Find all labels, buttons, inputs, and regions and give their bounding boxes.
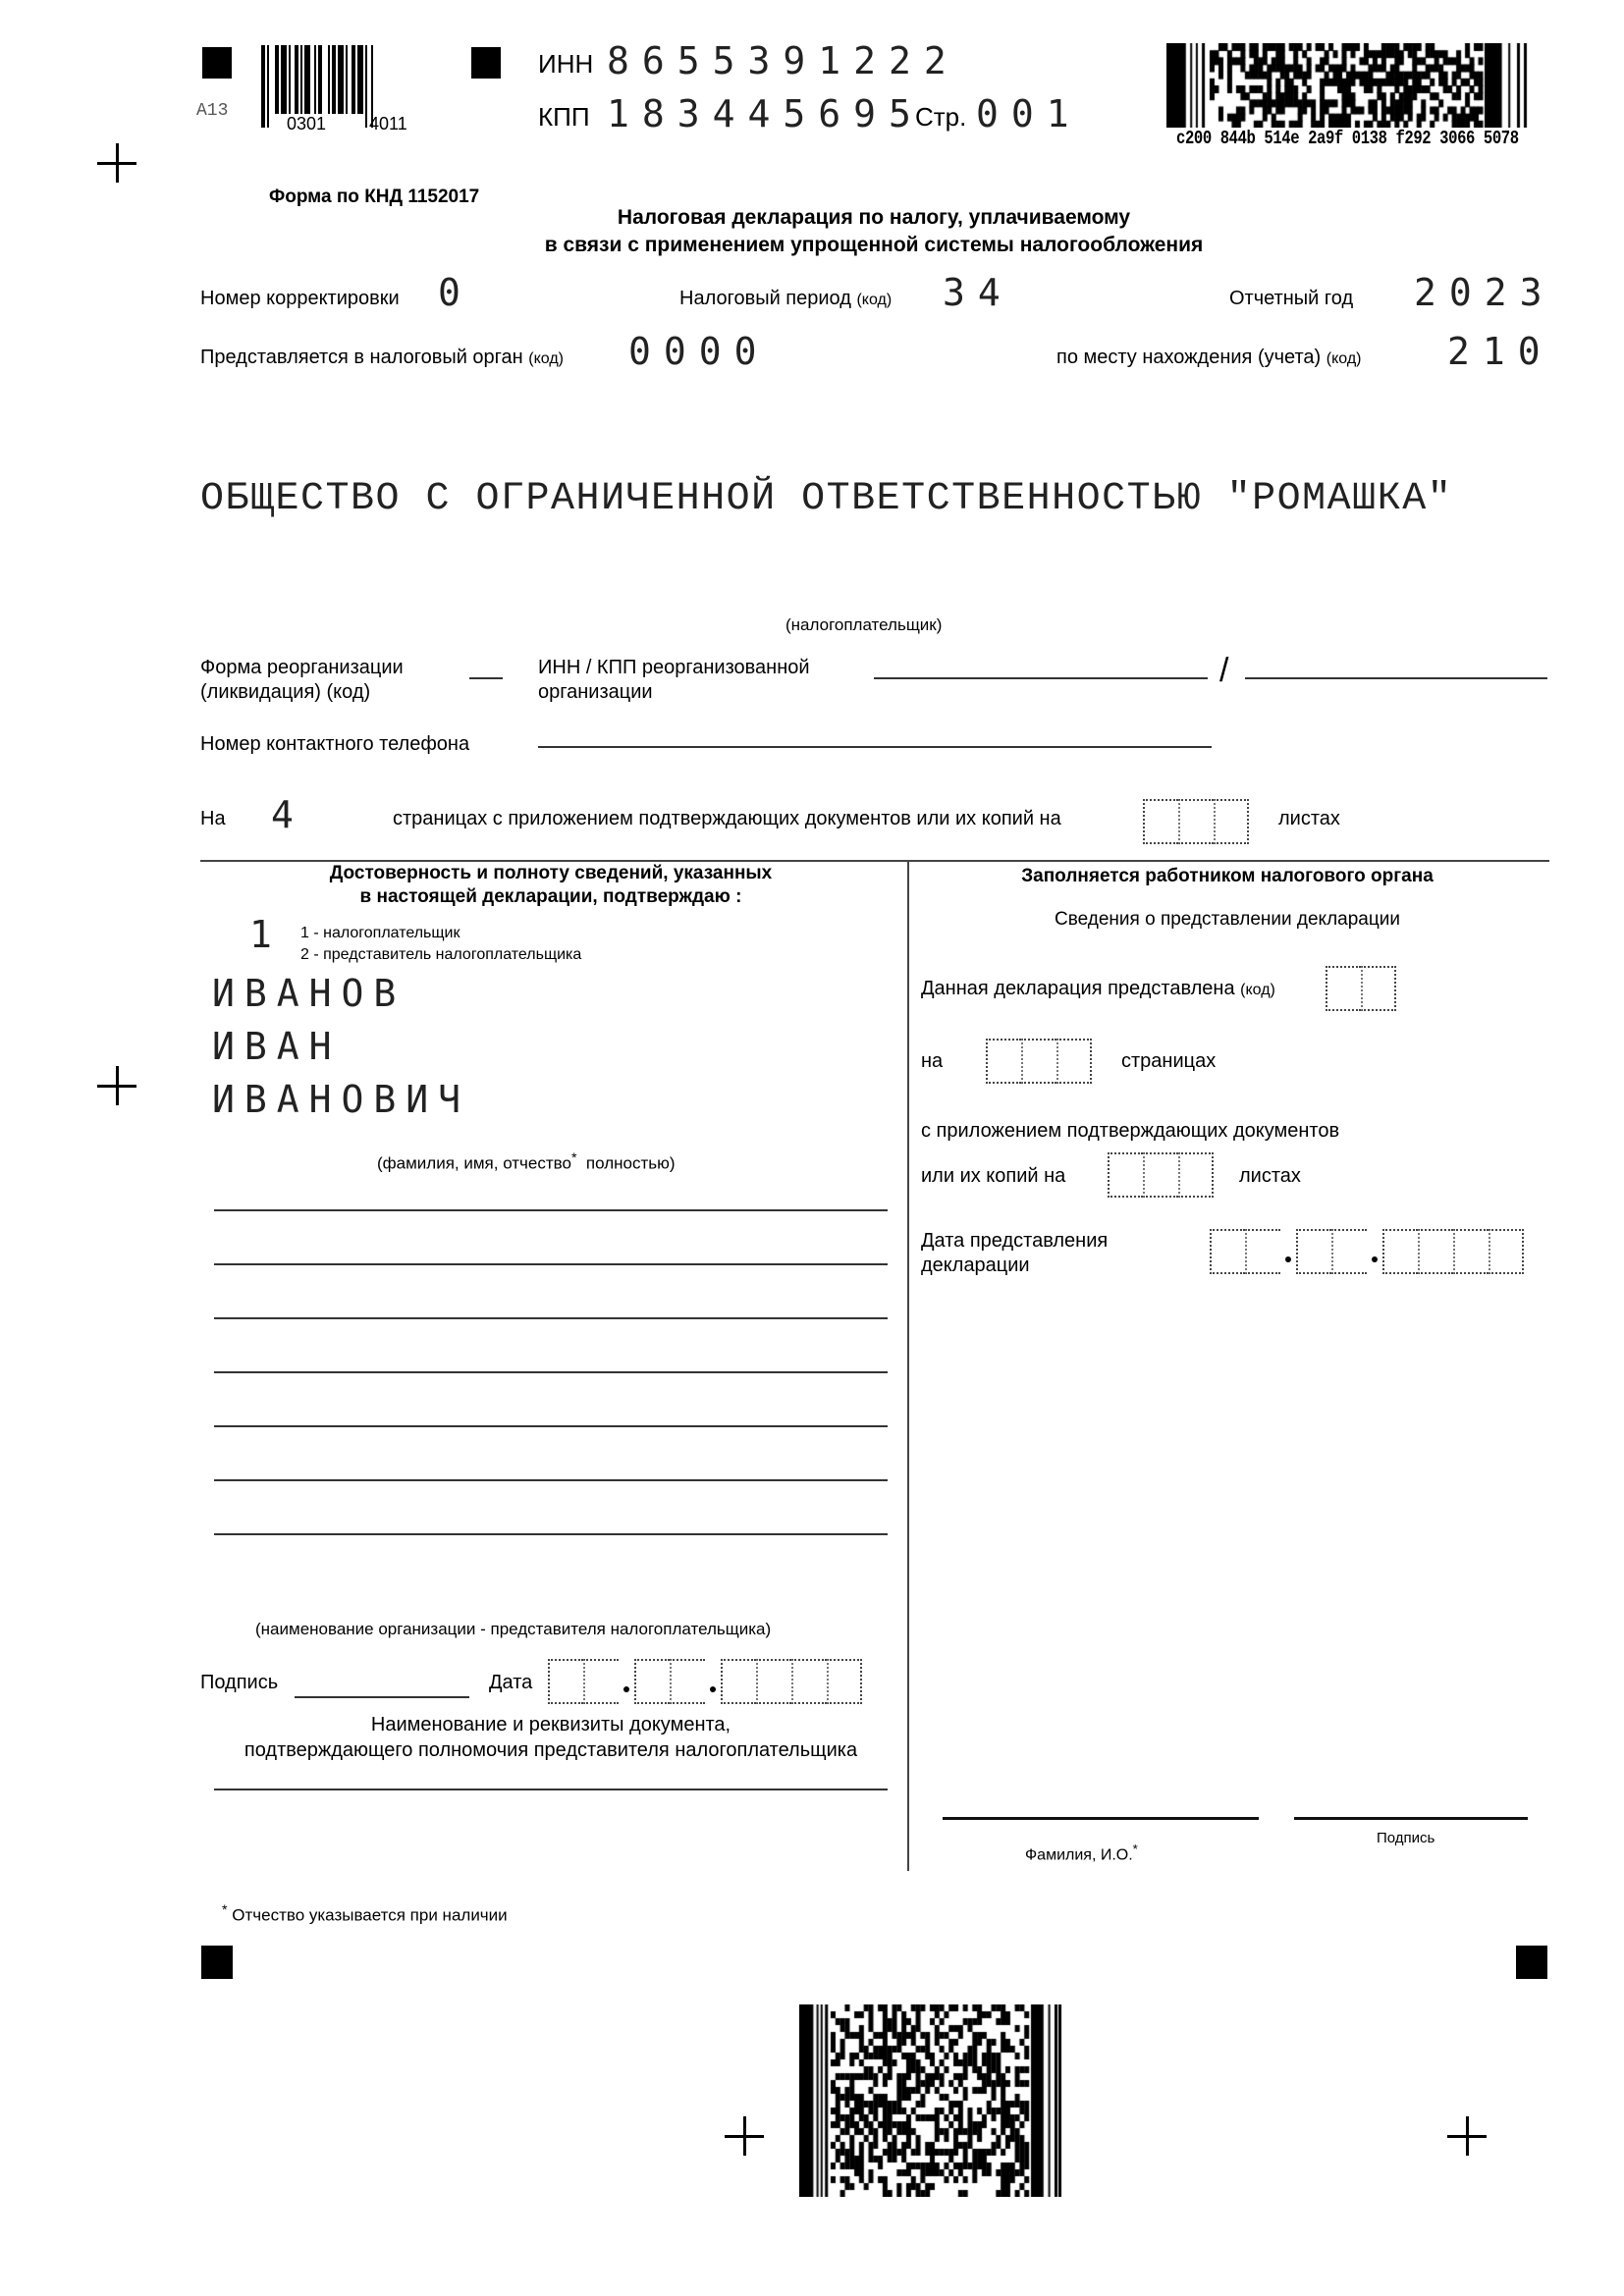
submitted-code-hint: (код) [1240, 982, 1275, 998]
pages-prefix: На [200, 808, 226, 830]
representative-org-name-line[interactable] [214, 1209, 888, 1211]
reorg-inn-kpp-label-line2: организации [538, 680, 810, 705]
confirm-title-line2: в настоящей декларации, подтверждаю : [200, 885, 901, 909]
authority-code-hint: (код) [528, 350, 564, 367]
authority-label: Представляется в налоговый орган (код) [200, 347, 564, 369]
footnote-text: Отчество указывается при наличии [232, 1906, 507, 1925]
taxpayer-caption: (налогоплательщик) [785, 615, 942, 635]
date-label: Дата [489, 1672, 532, 1694]
officer-signature-caption: Подпись [1377, 1830, 1435, 1846]
sheets-suffix-right: листах [1239, 1165, 1301, 1188]
location-label: по месту нахождения (учета) (код) [1056, 347, 1361, 369]
footnote-star: * [222, 1902, 228, 1918]
submitted-pages-box[interactable] [986, 1039, 1092, 1084]
reorg-inn-kpp-label: ИНН / КПП реорганизованной организации [538, 656, 810, 705]
barcode-hash-caption: c200 844b 514e 2a9f 0138 f292 3066 5078 [1176, 128, 1519, 149]
submission-date-label-line2: декларации [921, 1254, 1108, 1278]
submission-date-label: Дата представления декларации [921, 1229, 1108, 1278]
reorg-inn-kpp-label-line1: ИНН / КПП реорганизованной [538, 656, 810, 680]
authority-label-text: Представляется в налоговый орган [200, 347, 523, 368]
attachments-line1: с приложением подтверждающих документов [921, 1120, 1339, 1143]
location-code-hint: (код) [1326, 350, 1362, 367]
last-name[interactable]: ИВАНОВ [212, 972, 406, 1015]
signer-option-2: 2 - представитель налогоплательщика [300, 944, 581, 966]
submitted-sheets-box[interactable] [1108, 1152, 1214, 1198]
authority-doc-field[interactable] [214, 1789, 888, 1790]
tax-office-title: Заполняется работником налогового органа [913, 866, 1542, 887]
linear-barcode [261, 45, 375, 114]
sign-date-field[interactable] [548, 1659, 862, 1704]
signer-option-1: 1 - налогоплательщик [300, 923, 581, 944]
tax-office-subtitle: Сведения о представлении декларации [913, 909, 1542, 931]
pages-count[interactable]: 4 [271, 793, 306, 836]
first-name[interactable]: ИВАН [212, 1025, 342, 1068]
phone-field[interactable] [538, 746, 1212, 748]
registration-cross [1447, 2116, 1487, 2156]
barcode-number-1: 0301 [287, 114, 326, 134]
barcode-caption: A13 [196, 101, 228, 121]
pages-suffix: листах [1278, 808, 1340, 830]
period-label: Налоговый период (код) [679, 288, 892, 310]
year-value[interactable]: 2023 [1414, 271, 1555, 314]
signer-options: 1 - налогоплательщик 2 - представитель н… [300, 923, 581, 966]
period-code-hint: (код) [856, 292, 892, 308]
location-value[interactable]: 210 [1447, 330, 1553, 373]
reorg-inn-field[interactable] [874, 677, 1208, 679]
inn-label: ИНН [538, 49, 593, 80]
fio-caption: (фамилия, имя, отчество* полностью) [377, 1150, 676, 1174]
officer-signature-field[interactable] [1294, 1817, 1528, 1820]
submitted-code-box[interactable] [1326, 966, 1396, 1011]
officer-name-field[interactable] [943, 1817, 1259, 1820]
period-value[interactable]: 34 [943, 271, 1013, 314]
reorg-kpp-field[interactable] [1245, 677, 1547, 679]
org-caption: (наименование организации - представител… [255, 1620, 771, 1639]
reorg-form-code-field[interactable] [469, 677, 503, 679]
authority-doc-caption-line1: Наименование и реквизиты документа, [200, 1712, 901, 1737]
reorg-form-label-line1: Форма реорганизации [200, 656, 404, 680]
footnote: * Отчество указывается при наличии [222, 1902, 508, 1926]
officer-name-caption-star: * [1133, 1842, 1138, 1856]
representative-org-name-line[interactable] [214, 1533, 888, 1535]
reorg-form-label: Форма реорганизации (ликвидация) (код) [200, 656, 404, 705]
phone-label: Номер контактного телефона [200, 733, 469, 756]
location-label-text: по месту нахождения (учета) [1056, 347, 1321, 368]
fio-caption-end: полностью) [586, 1154, 676, 1173]
column-divider [907, 860, 909, 1871]
officer-name-caption: Фамилия, И.О.* [1025, 1842, 1138, 1864]
patronymic[interactable]: ИВАНОВИЧ [212, 1078, 470, 1121]
confirm-title: Достоверность и полноту сведений, указан… [200, 862, 901, 909]
representative-org-name-line[interactable] [214, 1263, 888, 1265]
officer-name-caption-text: Фамилия, И.О. [1025, 1846, 1133, 1863]
representative-org-name-line[interactable] [214, 1371, 888, 1373]
2d-barcode-top [1166, 43, 1528, 128]
authority-doc-caption-line2: подтверждающего полномочия представителя… [200, 1737, 901, 1763]
representative-org-name-line[interactable] [214, 1425, 888, 1427]
signature-label: Подпись [200, 1672, 278, 1694]
form-title-line1: Налоговая декларация по налогу, уплачива… [393, 204, 1355, 232]
signer-type-value[interactable]: 1 [249, 913, 285, 956]
signature-field[interactable] [295, 1696, 469, 1698]
period-label-text: Налоговый период [679, 288, 851, 309]
form-title: Налоговая декларация по налогу, уплачива… [393, 204, 1355, 259]
page-label: Стр. [915, 102, 966, 133]
authority-value[interactable]: 0000 [628, 330, 770, 373]
submission-date-label-line1: Дата представления [921, 1229, 1108, 1254]
year-label: Отчетный год [1229, 288, 1353, 310]
submitted-label: Данная декларация представлена (код) [921, 978, 1275, 1000]
authority-doc-caption: Наименование и реквизиты документа, подт… [200, 1712, 901, 1763]
inn-value: 8655391222 [607, 39, 959, 82]
submitted-label-text: Данная декларация представлена [921, 978, 1235, 999]
registration-mark [201, 1946, 233, 1979]
reorg-form-label-line2: (ликвидация) (код) [200, 680, 404, 705]
registration-mark [1516, 1946, 1547, 1979]
on-label: на [921, 1050, 943, 1073]
2d-barcode-bottom [799, 2004, 1062, 2197]
registration-mark [202, 47, 232, 79]
attachment-sheets-box[interactable] [1143, 799, 1249, 844]
barcode-number-2: 4011 [369, 114, 407, 134]
page-value: 001 [976, 92, 1082, 135]
correction-label: Номер корректировки [200, 288, 400, 310]
reorg-slash: / [1219, 652, 1228, 690]
registration-cross [725, 2116, 764, 2156]
confirm-title-line1: Достоверность и полноту сведений, указан… [200, 862, 901, 885]
taxpayer-name[interactable]: ОБЩЕСТВО С ОГРАНИЧЕННОЙ ОТВЕТСТВЕННОСТЬЮ… [200, 477, 1452, 521]
kpp-value: 183445695 [607, 92, 924, 135]
submission-date-field[interactable] [1210, 1229, 1524, 1274]
representative-org-name-line[interactable] [214, 1479, 888, 1481]
form-title-line2: в связи с применением упрощенной системы… [393, 232, 1355, 259]
attachments-line2: или их копий на [921, 1165, 1065, 1188]
pages-middle-text: страницах с приложением подтверждающих д… [393, 808, 1061, 830]
pages-suffix-right: страницах [1121, 1050, 1216, 1073]
kpp-label: КПП [538, 102, 590, 133]
registration-cross [97, 143, 136, 183]
representative-org-name-line[interactable] [214, 1317, 888, 1319]
registration-mark [471, 47, 501, 79]
registration-cross [97, 1066, 136, 1105]
fio-caption-text: (фамилия, имя, отчество [377, 1154, 571, 1173]
correction-value[interactable]: 0 [438, 271, 473, 314]
fio-caption-star: * [571, 1150, 577, 1166]
